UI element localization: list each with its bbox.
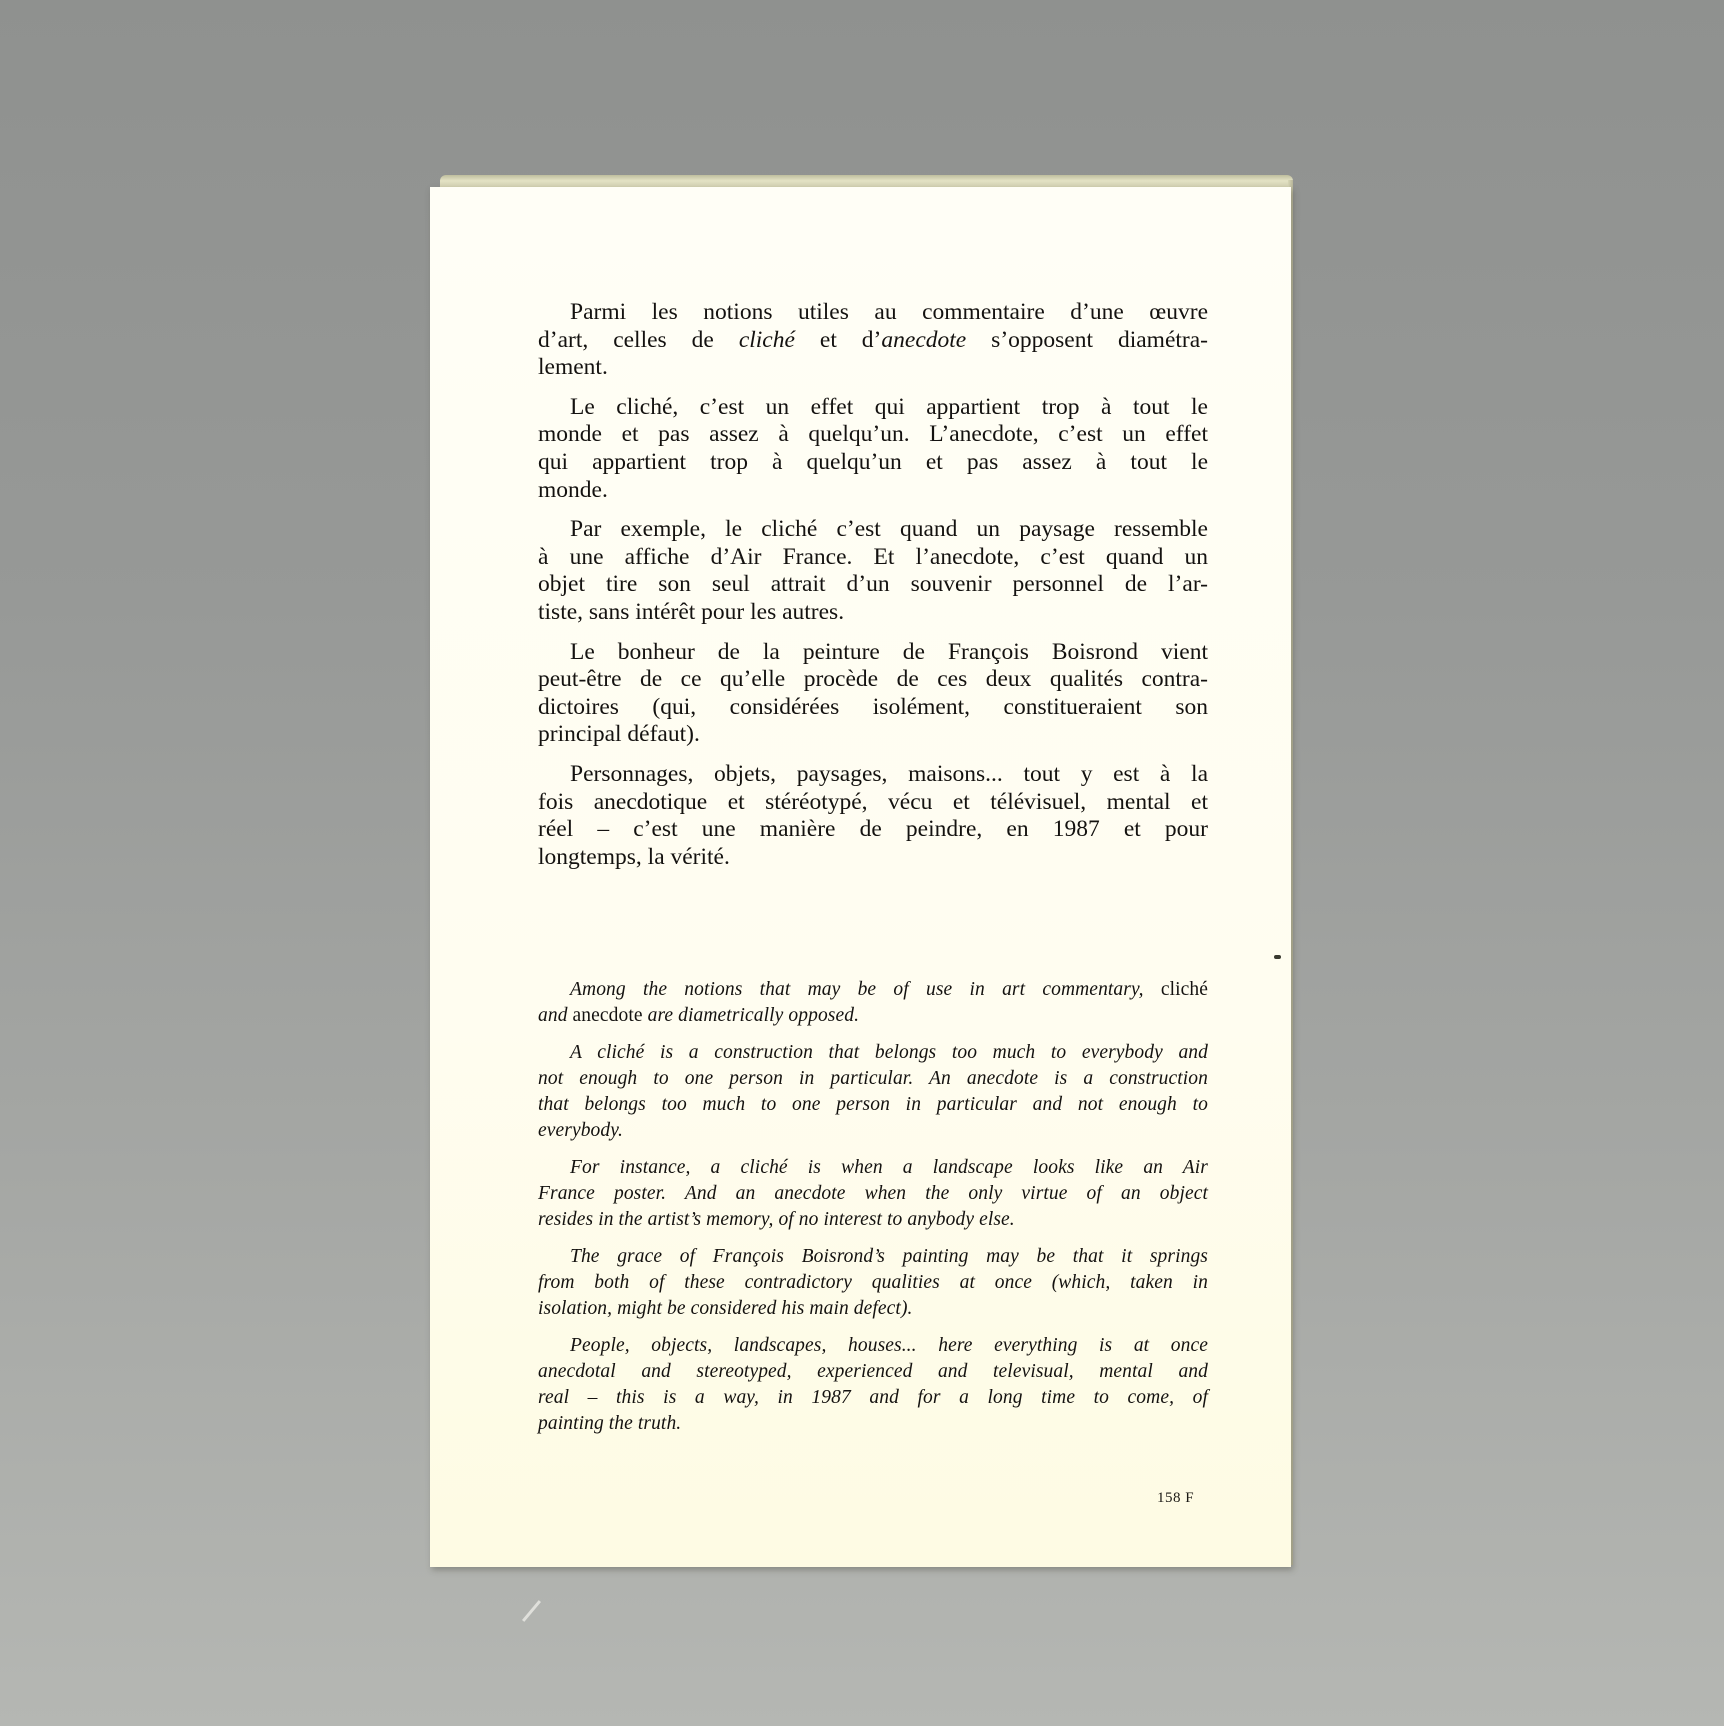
- text-line: Parmi les notions utiles au commentaire …: [538, 299, 1208, 327]
- text-line: painting the truth.: [538, 1411, 1208, 1437]
- french-text-block: Parmi les notions utiles au commentaire …: [538, 299, 1208, 883]
- text-line: everybody.: [538, 1118, 1208, 1144]
- price-label: 158 F: [1157, 1490, 1194, 1507]
- text-line: objet tire son seul attrait d’un souveni…: [538, 571, 1208, 599]
- text-line: tiste, sans intérêt pour les autres.: [538, 599, 1208, 627]
- text-line: A cliché is a construction that belongs …: [538, 1040, 1208, 1066]
- text-line: lement.: [538, 354, 1208, 382]
- text-line: France poster. And an anecdote when the …: [538, 1181, 1208, 1207]
- text-line: réel – c’est une manière de peindre, en …: [538, 816, 1208, 844]
- text-line: Le cliché, c’est un effet qui appartient…: [538, 394, 1208, 422]
- text-line: from both of these contradictory qualiti…: [538, 1270, 1208, 1296]
- text-line: isolation, might be considered his main …: [538, 1296, 1208, 1322]
- paragraph: Par exemple, le cliché c’est quand un pa…: [538, 516, 1208, 626]
- paragraph: Le cliché, c’est un effet qui appartient…: [538, 394, 1208, 504]
- text-line: monde.: [538, 477, 1208, 505]
- text-line: People, objects, landscapes, houses... h…: [538, 1333, 1208, 1359]
- text-line: For instance, a cliché is when a landsca…: [538, 1155, 1208, 1181]
- text-line: Par exemple, le cliché c’est quand un pa…: [538, 516, 1208, 544]
- paragraph: People, objects, landscapes, houses... h…: [538, 1333, 1208, 1437]
- text-line: à une affiche d’Air France. Et l’anecdot…: [538, 544, 1208, 572]
- paragraph: For instance, a cliché is when a landsca…: [538, 1155, 1208, 1233]
- paragraph: Le bonheur de la peinture de François Bo…: [538, 639, 1208, 749]
- text-line: anecdotal and stereotyped, experienced a…: [538, 1359, 1208, 1385]
- surface-scuff: [522, 1600, 541, 1622]
- text-line: not enough to one person in particular. …: [538, 1066, 1208, 1092]
- paragraph: Parmi les notions utiles au commentaire …: [538, 299, 1208, 382]
- text-line: fois anecdotique et stéréotypé, vécu et …: [538, 789, 1208, 817]
- text-line: principal défaut).: [538, 721, 1208, 749]
- text-line: peut-être de ce qu’elle procède de ces d…: [538, 666, 1208, 694]
- paper-speck: [1274, 955, 1281, 959]
- paragraph: A cliché is a construction that belongs …: [538, 1040, 1208, 1144]
- text-line: real – this is a way, in 1987 and for a …: [538, 1385, 1208, 1411]
- text-line: and anecdote are diametrically opposed.: [538, 1003, 1208, 1029]
- text-line: Le bonheur de la peinture de François Bo…: [538, 639, 1208, 667]
- text-line: Personnages, objets, paysages, maisons..…: [538, 761, 1208, 789]
- text-line: The grace of François Boisrond’s paintin…: [538, 1244, 1208, 1270]
- paragraph: Personnages, objets, paysages, maisons..…: [538, 761, 1208, 871]
- paragraph: The grace of François Boisrond’s paintin…: [538, 1244, 1208, 1322]
- text-line: longtemps, la vérité.: [538, 844, 1208, 872]
- text-line: dictoires (qui, considérées isolément, c…: [538, 694, 1208, 722]
- text-line: monde et pas assez à quelqu’un. L’anecdo…: [538, 421, 1208, 449]
- paragraph: Among the notions that may be of use in …: [538, 977, 1208, 1029]
- english-text-block: Among the notions that may be of use in …: [538, 977, 1208, 1448]
- text-line: Among the notions that may be of use in …: [538, 977, 1208, 1003]
- text-line: that belongs too much to one person in p…: [538, 1092, 1208, 1118]
- text-line: resides in the artist’s memory, of no in…: [538, 1207, 1208, 1233]
- text-line: qui appartient trop à quelqu’un et pas a…: [538, 449, 1208, 477]
- text-line: d’art, celles de cliché et d’anecdote s’…: [538, 327, 1208, 355]
